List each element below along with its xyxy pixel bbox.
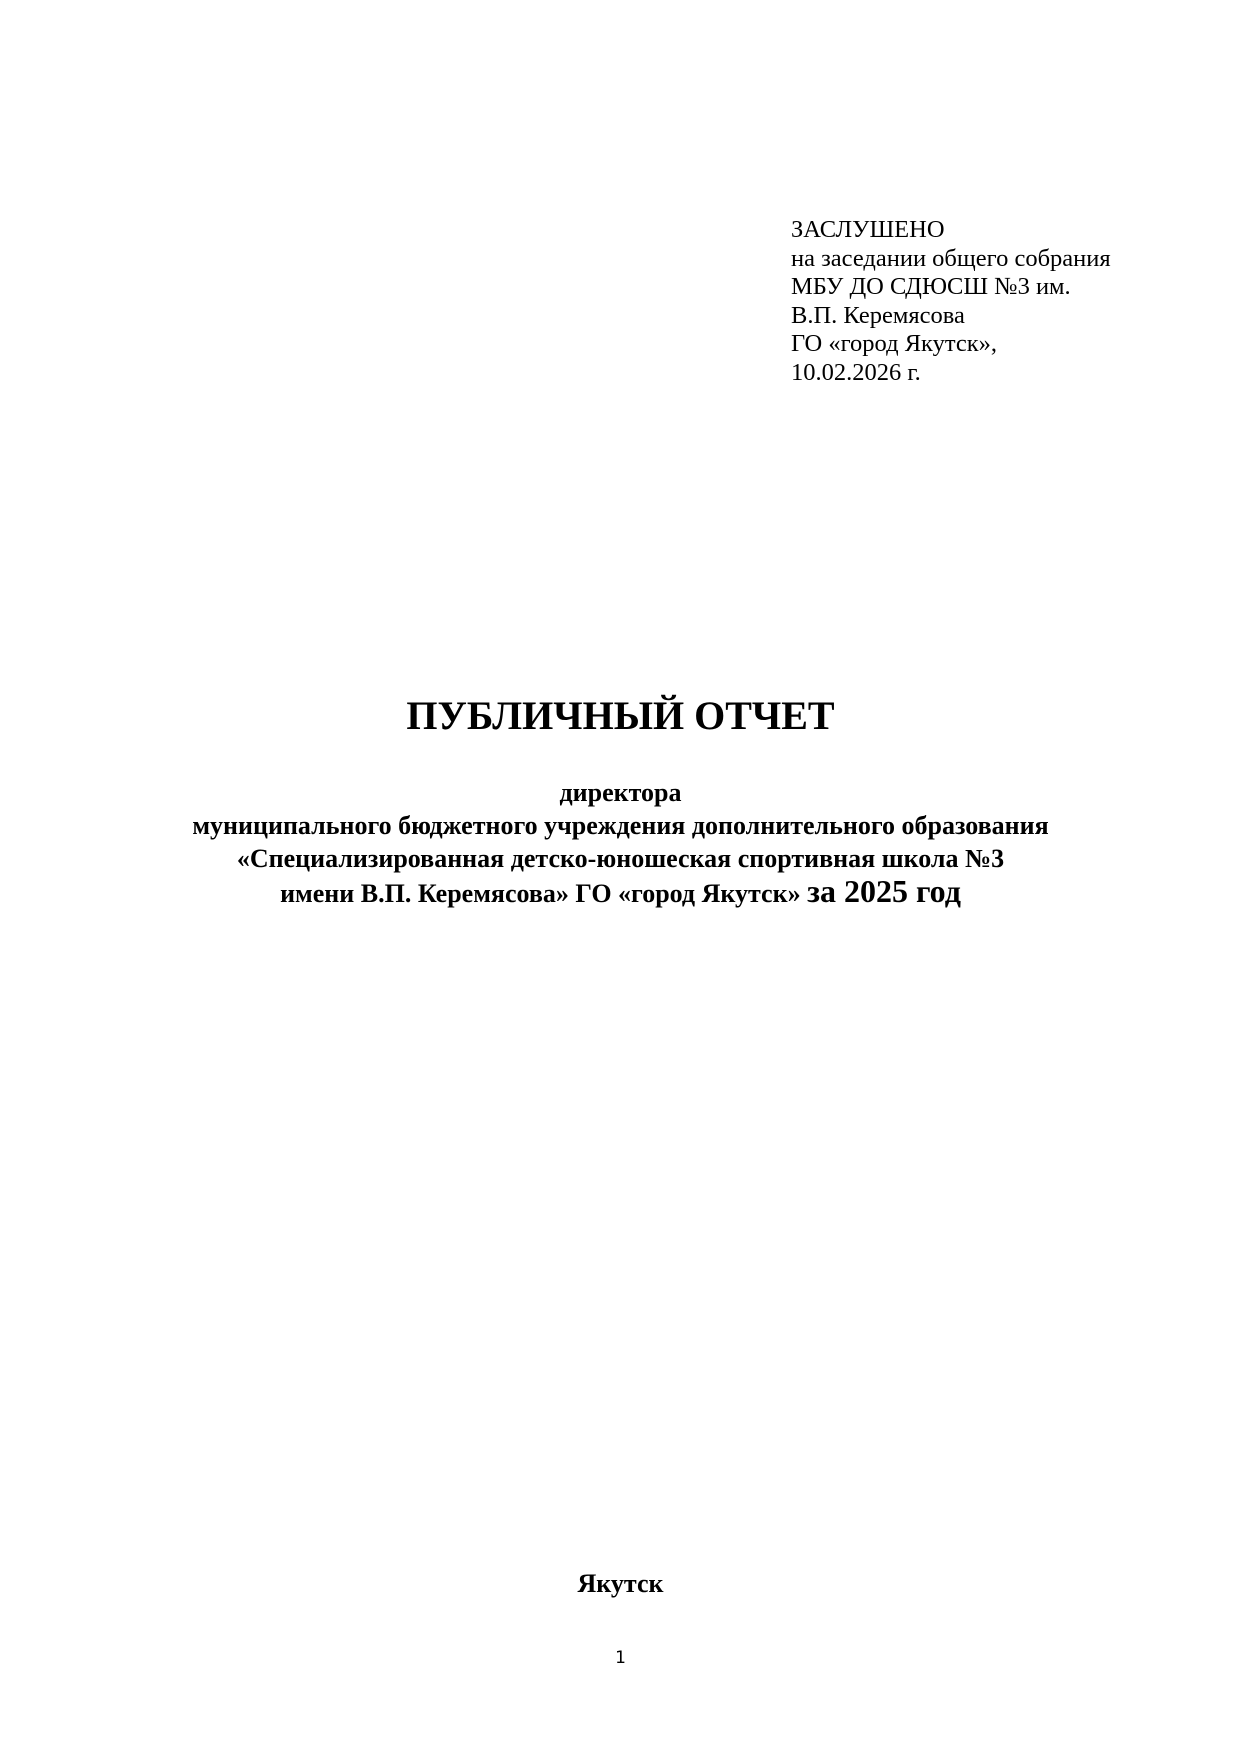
subtitle-line: имени В.П. Керемясова» ГО «город Якутск»…: [0, 875, 1241, 910]
report-year: за 2025 год: [807, 873, 961, 909]
approval-stamp-block: ЗАСЛУШЕНО на заседании общего собрания М…: [791, 216, 1111, 388]
approval-line: на заседании общего собрания: [791, 245, 1111, 274]
document-title: ПУБЛИЧНЫЙ ОТЧЕТ: [0, 692, 1241, 740]
approval-line: ГО «город Якутск»,: [791, 330, 1111, 359]
subtitle-line: муниципального бюджетного учреждения доп…: [0, 809, 1241, 842]
subtitle-line: директора: [0, 776, 1241, 809]
city-name: Якутск: [0, 1568, 1241, 1600]
approval-line: В.П. Керемясова: [791, 302, 1111, 331]
document-subtitle: директора муниципального бюджетного учре…: [0, 776, 1241, 910]
approval-date: 10.02.2026 г.: [791, 359, 1111, 388]
approval-line: МБУ ДО СДЮСШ №3 им.: [791, 273, 1111, 302]
subtitle-line: «Специализированная детско-юношеская спо…: [0, 842, 1241, 875]
subtitle-institution-name: имени В.П. Керемясова» ГО «город Якутск»: [280, 879, 807, 908]
page-number: 1: [0, 1648, 1241, 1668]
approval-heading: ЗАСЛУШЕНО: [791, 216, 1111, 245]
